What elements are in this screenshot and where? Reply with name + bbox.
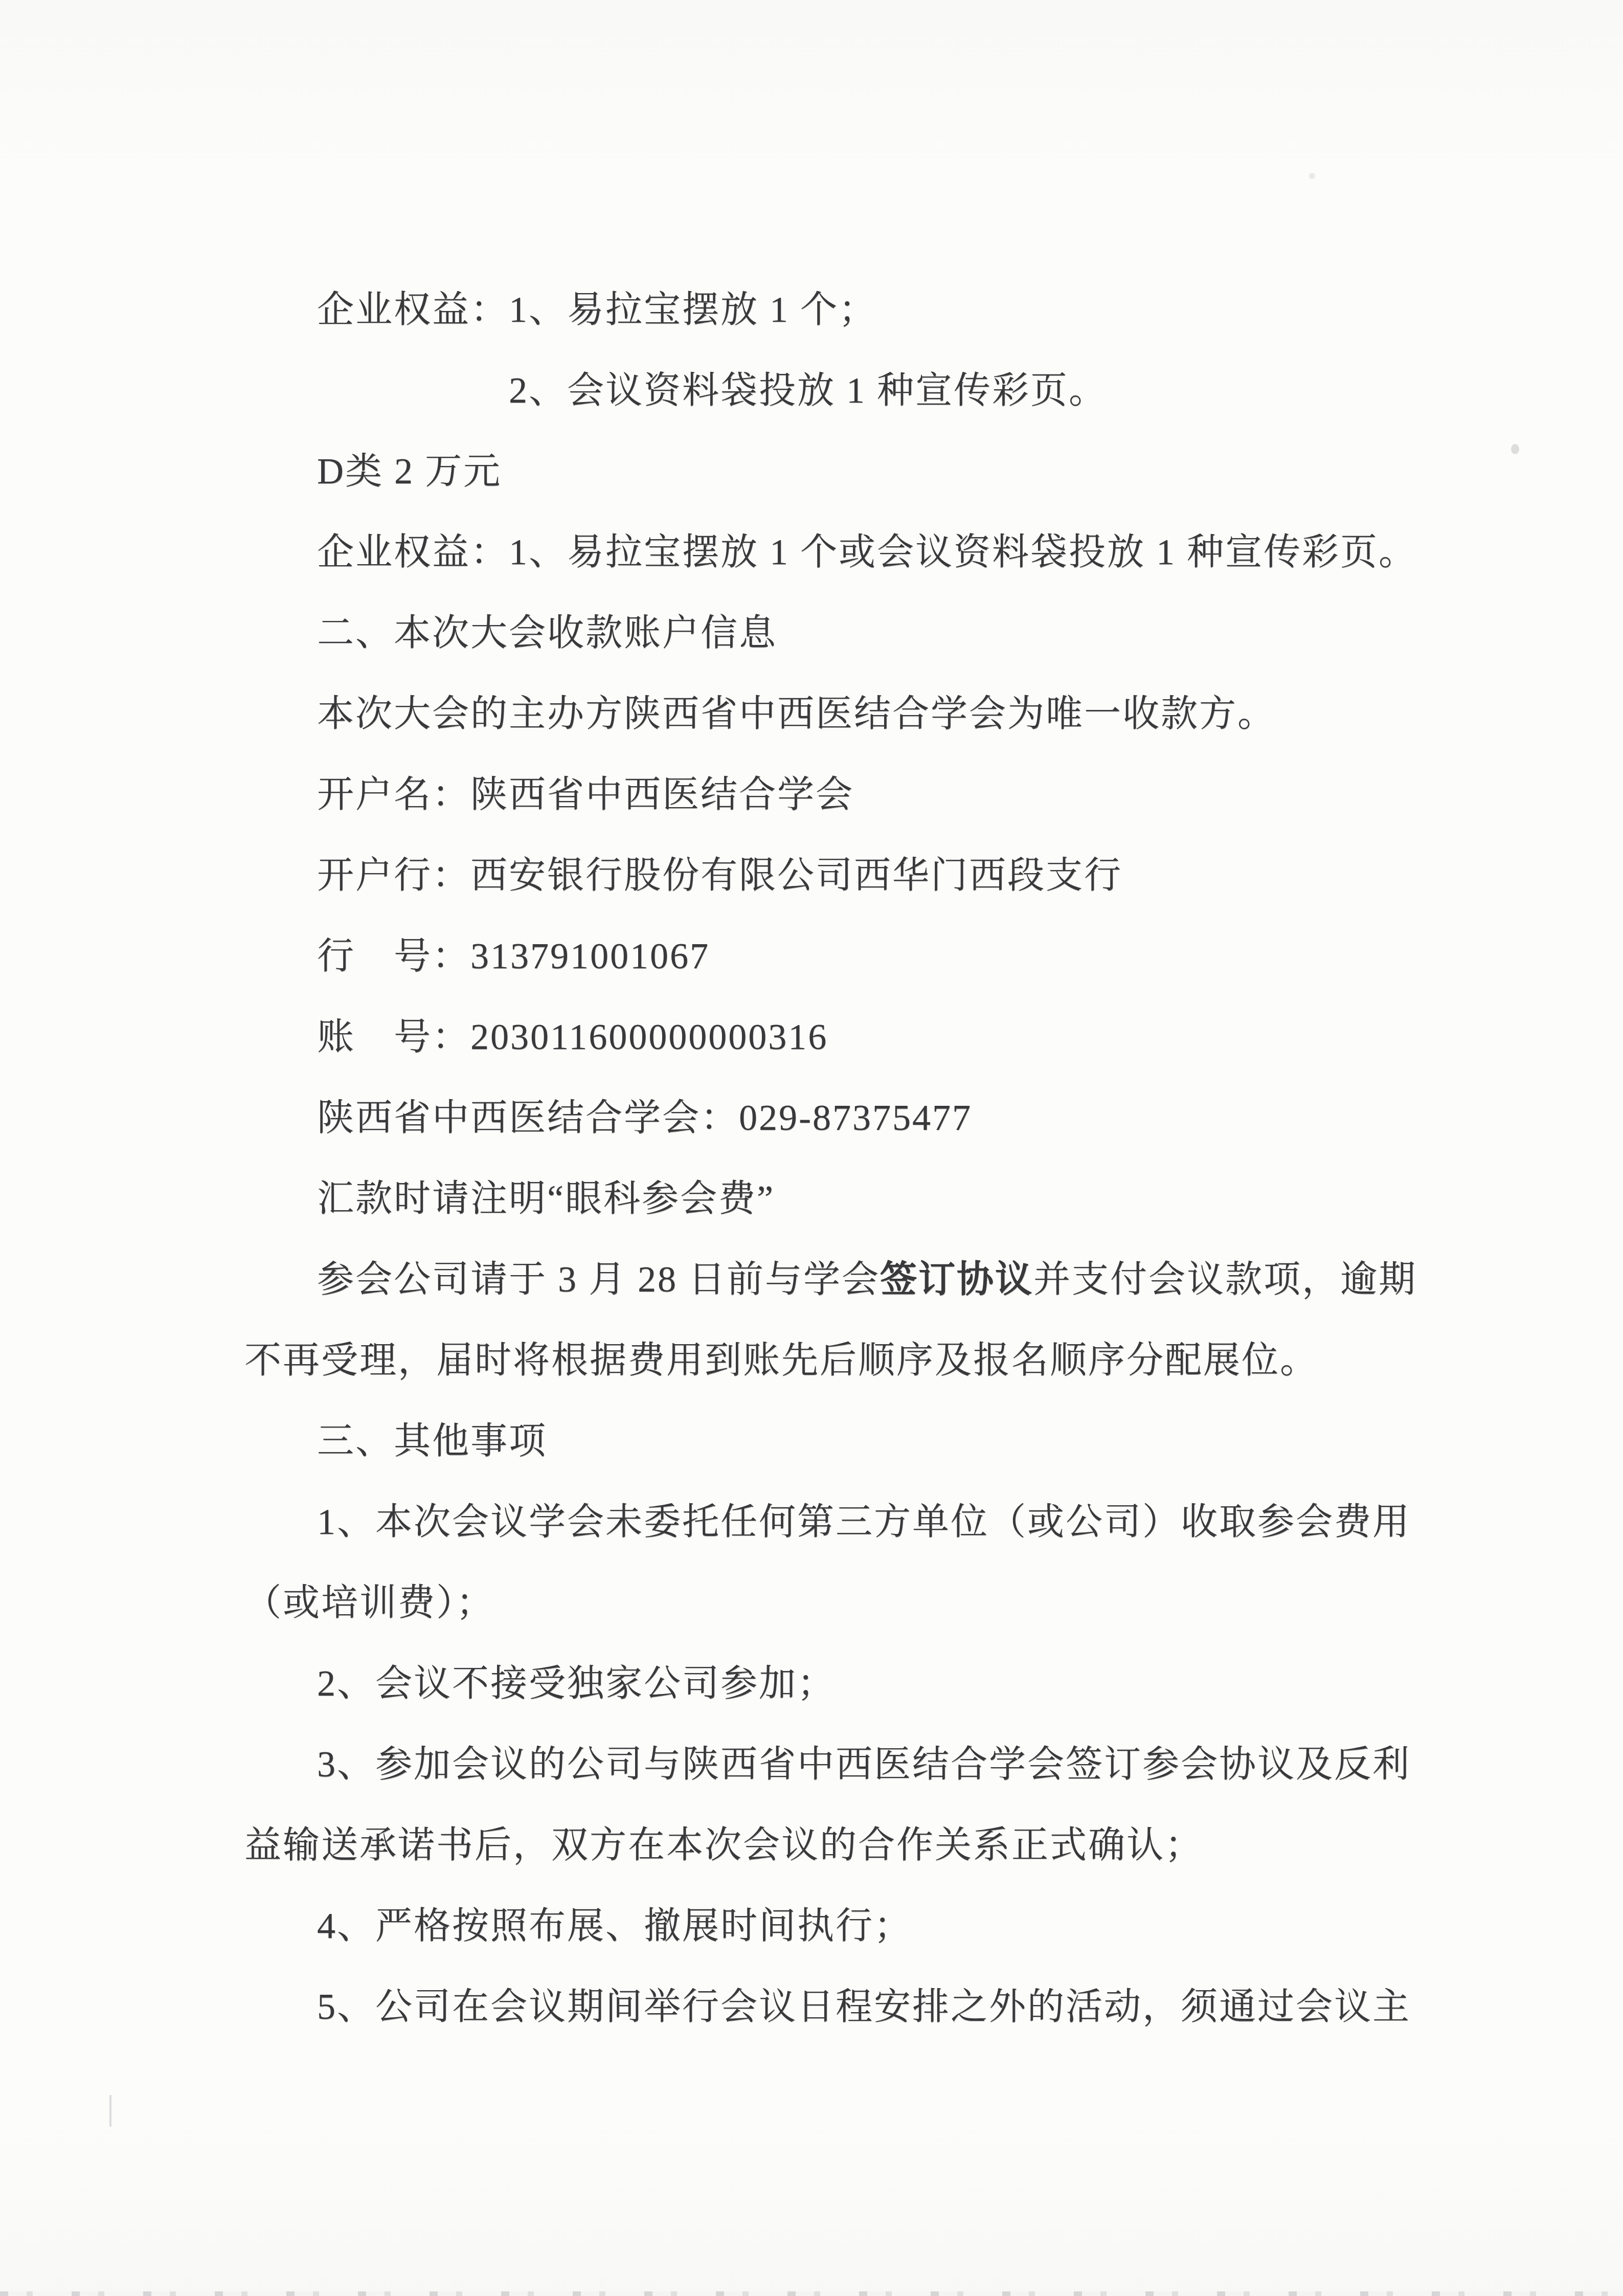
line-item1-part2: （或培训费）； bbox=[244, 1558, 1400, 1639]
line-item3-part2: 益输送承诺书后，双方在本次会议的合作关系正式确认； bbox=[244, 1801, 1400, 1882]
line-class-d-price: D类 2 万元 bbox=[244, 427, 1400, 508]
scan-edge-noise bbox=[0, 2291, 1623, 2296]
document-text-block: 企业权益：1、易拉宝摆放 1 个； 2、会议资料袋投放 1 种宣传彩页。 D类 … bbox=[244, 265, 1400, 2043]
line-remit-memo-note: 汇款时请注明“眼科参会费” bbox=[244, 1154, 1400, 1235]
line-item1-part1: 1、本次会议学会未委托任何第三方单位（或公司）收取参会费用 bbox=[244, 1478, 1400, 1558]
deadline-sign-agreement-bold: 签订协议 bbox=[880, 1249, 1033, 1302]
scan-line-artifact bbox=[109, 2095, 111, 2127]
line-deadline-part1: 参会公司请于 3 月 28 日前与学会签订协议并支付会议款项，逾期 bbox=[244, 1235, 1400, 1316]
scan-speckle bbox=[1511, 444, 1519, 454]
line-bank-number: 行 号：313791001067 bbox=[244, 912, 1400, 993]
scanned-document-page: 企业权益：1、易拉宝摆放 1 个； 2、会议资料袋投放 1 种宣传彩页。 D类 … bbox=[0, 0, 1623, 2296]
line-section3-heading: 三、其他事项 bbox=[244, 1397, 1400, 1478]
line-class-d-benefits: 企业权益：1、易拉宝摆放 1 个或会议资料袋投放 1 种宣传彩页。 bbox=[244, 508, 1400, 589]
line-account-number: 账 号：203011600000000316 bbox=[244, 993, 1400, 1074]
line-class-c-benefit-2: 2、会议资料袋投放 1 种宣传彩页。 bbox=[244, 346, 1400, 427]
line-deadline-part2: 不再受理，届时将根据费用到账先后顺序及报名顺序分配展位。 bbox=[244, 1316, 1400, 1397]
line-item4: 4、严格按照布展、撤展时间执行； bbox=[244, 1882, 1400, 1963]
line-bank-branch: 开户行：西安银行股份有限公司西华门西段支行 bbox=[244, 831, 1400, 912]
line-section2-heading: 二、本次大会收款账户信息 bbox=[244, 589, 1400, 670]
scan-speckle bbox=[1309, 173, 1315, 179]
line-account-name: 开户名：陕西省中西医结合学会 bbox=[244, 750, 1400, 831]
line-item2: 2、会议不接受独家公司参加； bbox=[244, 1639, 1400, 1720]
line-class-c-benefit-1: 企业权益：1、易拉宝摆放 1 个； bbox=[244, 265, 1400, 346]
deadline-text-pre: 参会公司请于 3 月 28 日前与学会 bbox=[317, 1249, 880, 1302]
line-item3-part1: 3、参加会议的公司与陕西省中西医结合学会签订参会协议及反利 bbox=[244, 1720, 1400, 1801]
line-item5-part1: 5、公司在会议期间举行会议日程安排之外的活动，须通过会议主 bbox=[244, 1963, 1400, 2043]
line-sole-payee-note: 本次大会的主办方陕西省中西医结合学会为唯一收款方。 bbox=[244, 670, 1400, 750]
line-society-phone: 陕西省中西医结合学会：029-87375477 bbox=[244, 1074, 1400, 1154]
deadline-text-post: 并支付会议款项，逾期 bbox=[1033, 1249, 1417, 1302]
